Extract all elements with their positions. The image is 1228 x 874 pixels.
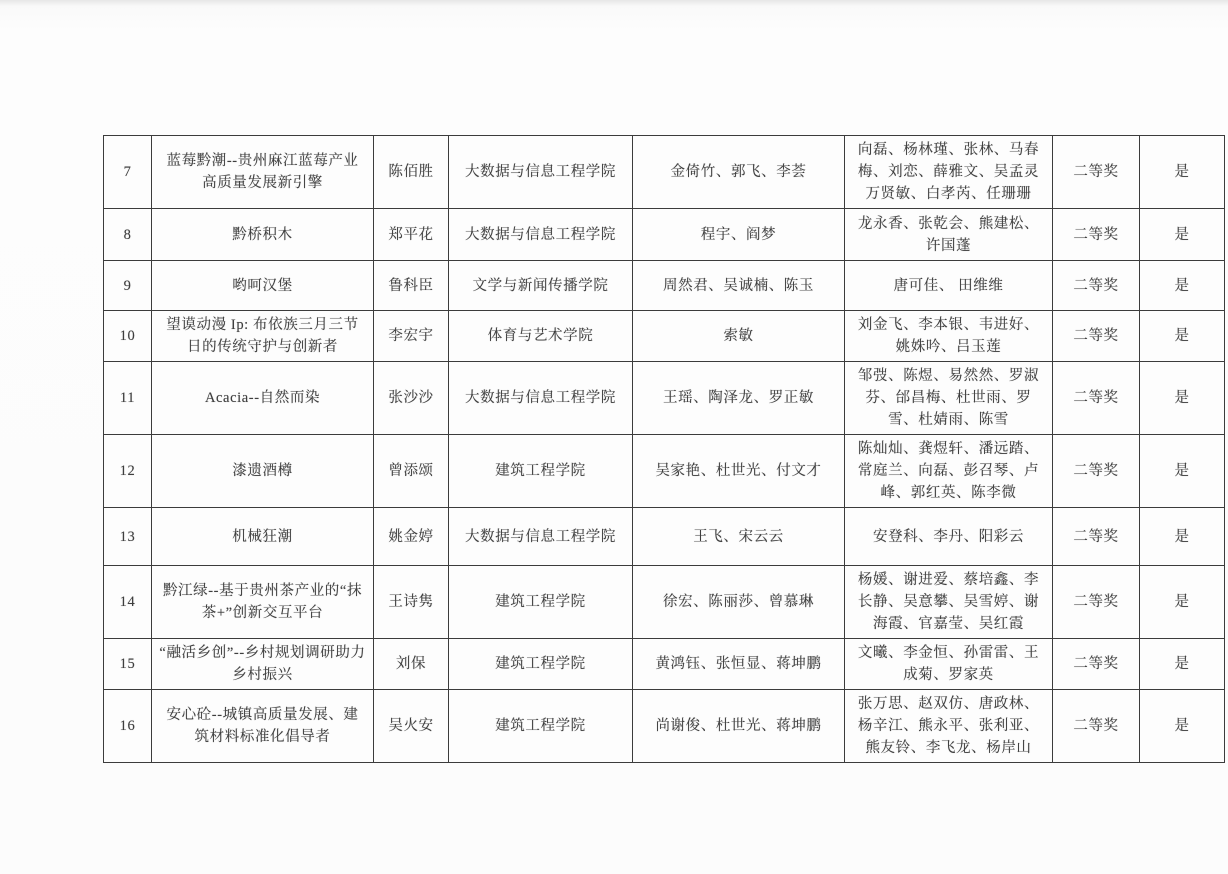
cell-leader-name: 李宏宇 bbox=[374, 311, 449, 362]
cell-leader-name: 鲁科臣 bbox=[374, 261, 449, 311]
table-row: 12 漆遗酒樽 曾添颂 建筑工程学院 吴家艳、杜世光、付文才 陈灿灿、龚煜轩、潘… bbox=[104, 435, 1225, 508]
table-row: 7 蓝莓黔潮--贵州麻江蓝莓产业高质量发展新引擎 陈佰胜 大数据与信息工程学院 … bbox=[104, 136, 1225, 209]
cell-confirmed: 是 bbox=[1140, 508, 1225, 566]
cell-college: 大数据与信息工程学院 bbox=[449, 136, 633, 209]
cell-leader-name: 陈佰胜 bbox=[374, 136, 449, 209]
cell-team-members: 向磊、杨林瑾、张林、马春梅、刘恋、薛雅文、吴孟灵 万贤敏、白孝芮、任珊珊 bbox=[845, 136, 1053, 209]
cell-leader-name: 曾添颂 bbox=[374, 435, 449, 508]
cell-row-number: 11 bbox=[104, 362, 152, 435]
cell-row-number: 10 bbox=[104, 311, 152, 362]
cell-row-number: 13 bbox=[104, 508, 152, 566]
cell-confirmed: 是 bbox=[1140, 639, 1225, 690]
table-row: 10 望谟动漫 Ip: 布依族三月三节日的传统守护与创新者 李宏宇 体育与艺术学… bbox=[104, 311, 1225, 362]
cell-award-level: 二等奖 bbox=[1053, 362, 1140, 435]
cell-project-name: Acacia--自然而染 bbox=[152, 362, 374, 435]
cell-project-name: 黔桥积木 bbox=[152, 209, 374, 261]
awards-table: 7 蓝莓黔潮--贵州麻江蓝莓产业高质量发展新引擎 陈佰胜 大数据与信息工程学院 … bbox=[103, 135, 1225, 763]
cell-award-level: 二等奖 bbox=[1053, 435, 1140, 508]
cell-award-level: 二等奖 bbox=[1053, 311, 1140, 362]
cell-project-name: 哟呵汉堡 bbox=[152, 261, 374, 311]
cell-row-number: 7 bbox=[104, 136, 152, 209]
cell-college: 大数据与信息工程学院 bbox=[449, 362, 633, 435]
table-row: 11 Acacia--自然而染 张沙沙 大数据与信息工程学院 王瑶、陶泽龙、罗正… bbox=[104, 362, 1225, 435]
cell-team-members: 刘金飞、李本银、韦进好、姚姝吟、吕玉莲 bbox=[845, 311, 1053, 362]
cell-leader-name: 张沙沙 bbox=[374, 362, 449, 435]
cell-leader-name: 郑平花 bbox=[374, 209, 449, 261]
cell-award-level: 二等奖 bbox=[1053, 209, 1140, 261]
cell-members: 黄鸿钰、张恒显、蒋坤鹏 bbox=[633, 639, 845, 690]
cell-college: 大数据与信息工程学院 bbox=[449, 508, 633, 566]
cell-college: 建筑工程学院 bbox=[449, 639, 633, 690]
cell-confirmed: 是 bbox=[1140, 435, 1225, 508]
table-row: 9 哟呵汉堡 鲁科臣 文学与新闻传播学院 周然君、吴诚楠、陈玉 唐可佳、 田维维… bbox=[104, 261, 1225, 311]
table-row: 16 安心砼--城镇高质量发展、建筑材料标准化倡导者 吴火安 建筑工程学院 尚谢… bbox=[104, 690, 1225, 763]
cell-row-number: 15 bbox=[104, 639, 152, 690]
cell-team-members: 唐可佳、 田维维 bbox=[845, 261, 1053, 311]
scanned-document-page: 7 蓝莓黔潮--贵州麻江蓝莓产业高质量发展新引擎 陈佰胜 大数据与信息工程学院 … bbox=[0, 0, 1228, 874]
table-row: 14 黔江绿--基于贵州茶产业的“抹茶+”创新交互平台 王诗隽 建筑工程学院 徐… bbox=[104, 566, 1225, 639]
cell-project-name: 蓝莓黔潮--贵州麻江蓝莓产业高质量发展新引擎 bbox=[152, 136, 374, 209]
cell-members: 程宇、阎梦 bbox=[633, 209, 845, 261]
cell-confirmed: 是 bbox=[1140, 209, 1225, 261]
cell-project-name: 黔江绿--基于贵州茶产业的“抹茶+”创新交互平台 bbox=[152, 566, 374, 639]
cell-row-number: 14 bbox=[104, 566, 152, 639]
cell-confirmed: 是 bbox=[1140, 566, 1225, 639]
cell-members: 吴家艳、杜世光、付文才 bbox=[633, 435, 845, 508]
cell-row-number: 12 bbox=[104, 435, 152, 508]
cell-confirmed: 是 bbox=[1140, 261, 1225, 311]
cell-award-level: 二等奖 bbox=[1053, 690, 1140, 763]
cell-members: 尚谢俊、杜世光、蒋坤鹏 bbox=[633, 690, 845, 763]
cell-team-members: 安登科、李丹、阳彩云 bbox=[845, 508, 1053, 566]
cell-team-members: 张万思、赵双仿、唐政林、杨辛江、熊永平、张利亚、熊友铃、李飞龙、杨岸山 bbox=[845, 690, 1053, 763]
cell-team-members: 文曦、李金恒、孙雷雷、王成菊、罗家英 bbox=[845, 639, 1053, 690]
cell-leader-name: 刘保 bbox=[374, 639, 449, 690]
cell-confirmed: 是 bbox=[1140, 690, 1225, 763]
table-row: 13 机械狂潮 姚金婷 大数据与信息工程学院 王飞、宋云云 安登科、李丹、阳彩云… bbox=[104, 508, 1225, 566]
cell-members: 周然君、吴诚楠、陈玉 bbox=[633, 261, 845, 311]
cell-college: 建筑工程学院 bbox=[449, 690, 633, 763]
cell-confirmed: 是 bbox=[1140, 362, 1225, 435]
cell-team-members: 邹弢、陈煜、易然然、罗淑芬、邰昌梅、杜世雨、罗雪、杜婧雨、陈雪 bbox=[845, 362, 1053, 435]
cell-project-name: “融活乡创”--乡村规划调研助力乡村振兴 bbox=[152, 639, 374, 690]
cell-award-level: 二等奖 bbox=[1053, 508, 1140, 566]
cell-members: 徐宏、陈丽莎、曾慕琳 bbox=[633, 566, 845, 639]
cell-award-level: 二等奖 bbox=[1053, 261, 1140, 311]
cell-project-name: 安心砼--城镇高质量发展、建筑材料标准化倡导者 bbox=[152, 690, 374, 763]
cell-row-number: 9 bbox=[104, 261, 152, 311]
table-row: 8 黔桥积木 郑平花 大数据与信息工程学院 程宇、阎梦 龙永香、张乾会、熊建松、… bbox=[104, 209, 1225, 261]
cell-project-name: 望谟动漫 Ip: 布依族三月三节日的传统守护与创新者 bbox=[152, 311, 374, 362]
cell-team-members: 陈灿灿、龚煜轩、潘远踏、常庭兰、向磊、彭召琴、卢峰、郭红英、陈李微 bbox=[845, 435, 1053, 508]
cell-members: 金倚竹、郭飞、李荟 bbox=[633, 136, 845, 209]
cell-leader-name: 姚金婷 bbox=[374, 508, 449, 566]
cell-college: 大数据与信息工程学院 bbox=[449, 209, 633, 261]
cell-college: 建筑工程学院 bbox=[449, 566, 633, 639]
cell-members: 王飞、宋云云 bbox=[633, 508, 845, 566]
cell-leader-name: 王诗隽 bbox=[374, 566, 449, 639]
cell-row-number: 16 bbox=[104, 690, 152, 763]
cell-confirmed: 是 bbox=[1140, 136, 1225, 209]
cell-college: 建筑工程学院 bbox=[449, 435, 633, 508]
cell-confirmed: 是 bbox=[1140, 311, 1225, 362]
cell-leader-name: 吴火安 bbox=[374, 690, 449, 763]
cell-college: 文学与新闻传播学院 bbox=[449, 261, 633, 311]
cell-award-level: 二等奖 bbox=[1053, 639, 1140, 690]
cell-row-number: 8 bbox=[104, 209, 152, 261]
cell-award-level: 二等奖 bbox=[1053, 136, 1140, 209]
cell-team-members: 龙永香、张乾会、熊建松、许国蓬 bbox=[845, 209, 1053, 261]
cell-award-level: 二等奖 bbox=[1053, 566, 1140, 639]
cell-college: 体育与艺术学院 bbox=[449, 311, 633, 362]
cell-project-name: 漆遗酒樽 bbox=[152, 435, 374, 508]
cell-members: 索敏 bbox=[633, 311, 845, 362]
cell-team-members: 杨媛、谢进爱、蔡培鑫、李长静、吴意攀、吴雪婷、谢海霞、官嘉莹、吴红霞 bbox=[845, 566, 1053, 639]
cell-members: 王瑶、陶泽龙、罗正敏 bbox=[633, 362, 845, 435]
cell-project-name: 机械狂潮 bbox=[152, 508, 374, 566]
table-row: 15 “融活乡创”--乡村规划调研助力乡村振兴 刘保 建筑工程学院 黄鸿钰、张恒… bbox=[104, 639, 1225, 690]
